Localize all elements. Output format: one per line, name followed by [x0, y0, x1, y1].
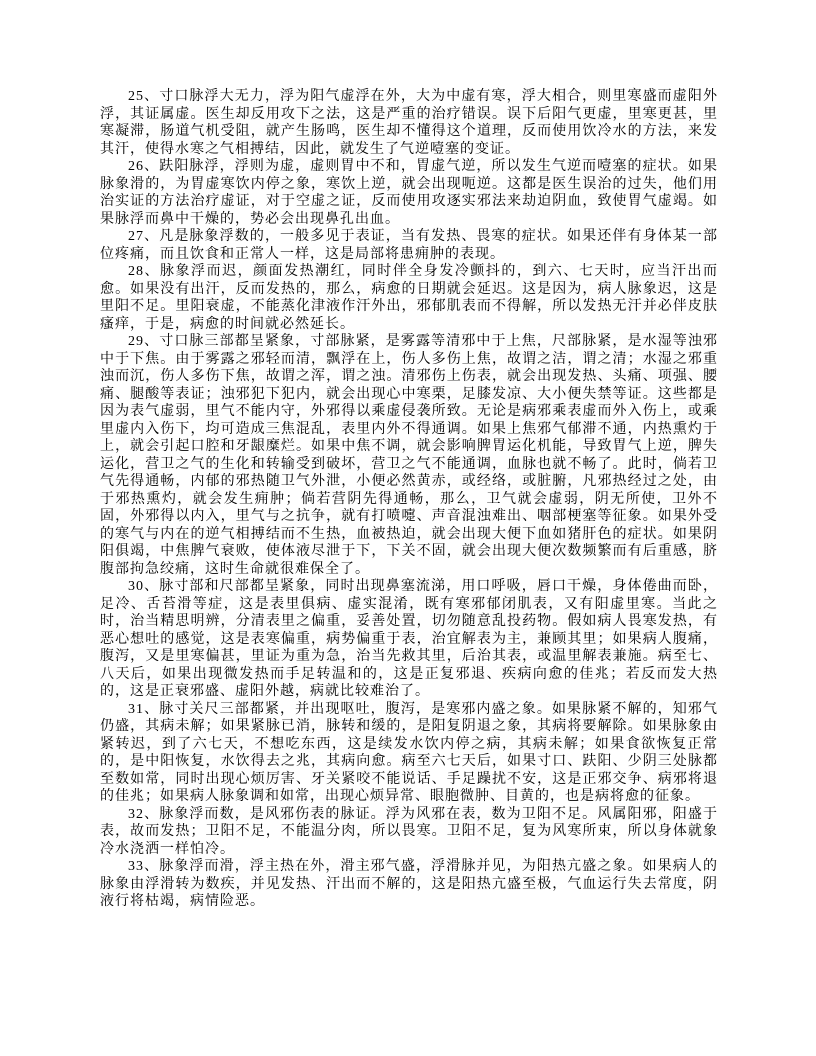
document-text-block: 25、寸口脉浮大无力，浮为阳气虚浮在外，大为中虚有寒，浮大相合，则里寒盛而虚阳外… — [100, 88, 718, 911]
paragraph-25: 25、寸口脉浮大无力，浮为阳气虚浮在外，大为中虚有寒，浮大相合，则里寒盛而虚阳外… — [100, 88, 718, 158]
paragraph-27: 27、凡是脉象浮数的，一般多见于表证，当有发热、畏寒的症状。如果还伴有身体某一部… — [100, 228, 718, 263]
paragraph-31: 31、脉寸关尺三部都紧，并出现呕吐，腹泻，是寒邪内盛之象。如果脉紧不解的，知邪气… — [100, 701, 718, 806]
paragraph-33: 33、脉象浮而滑，浮主热在外，滑主邪气盛，浮滑脉并见，为阳热亢盛之象。如果病人的… — [100, 858, 718, 911]
paragraph-29: 29、寸口脉三部都呈紧象，寸部脉紧，是雾露等清邪中于上焦，尺部脉紧，是水湿等浊邪… — [100, 333, 718, 578]
paragraph-26: 26、趺阳脉浮，浮则为虚，虚则胃中不和，胃虚气逆，所以发生气逆而噎塞的症状。如果… — [100, 158, 718, 228]
paragraph-32: 32、脉象浮而数，是风邪伤表的脉证。浮为风邪在表，数为卫阳不足。风属阳邪，阳盛于… — [100, 806, 718, 859]
paragraph-28: 28、脉象浮而迟，颜面发热潮红，同时伴全身发冷颤抖的，到六、七天时，应当汗出而愈… — [100, 263, 718, 333]
document-page: 25、寸口脉浮大无力，浮为阳气虚浮在外，大为中虚有寒，浮大相合，则里寒盛而虚阳外… — [0, 0, 816, 1056]
paragraph-30: 30、脉寸部和尺部都呈紧象，同时出现鼻塞流涕，用口呼吸，唇口干燥，身体倦曲而卧，… — [100, 578, 718, 701]
